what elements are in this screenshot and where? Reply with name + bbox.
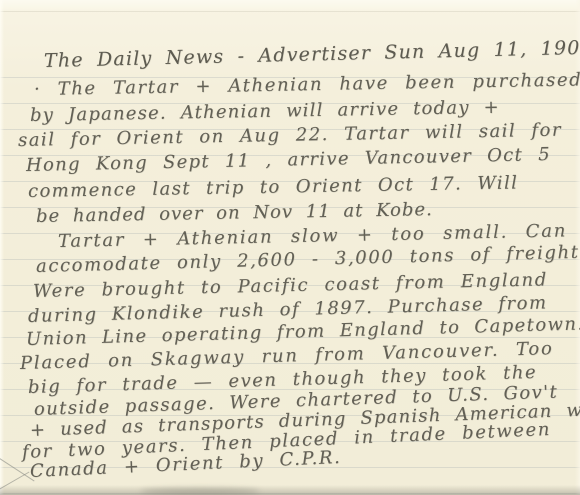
scanned-note-page: The Daily News - Advertiser Sun Aug 11, … (0, 0, 580, 495)
page-left-edge (0, 0, 4, 495)
scan-bottom-shadow (0, 485, 580, 495)
page-top-edge (0, 0, 580, 12)
